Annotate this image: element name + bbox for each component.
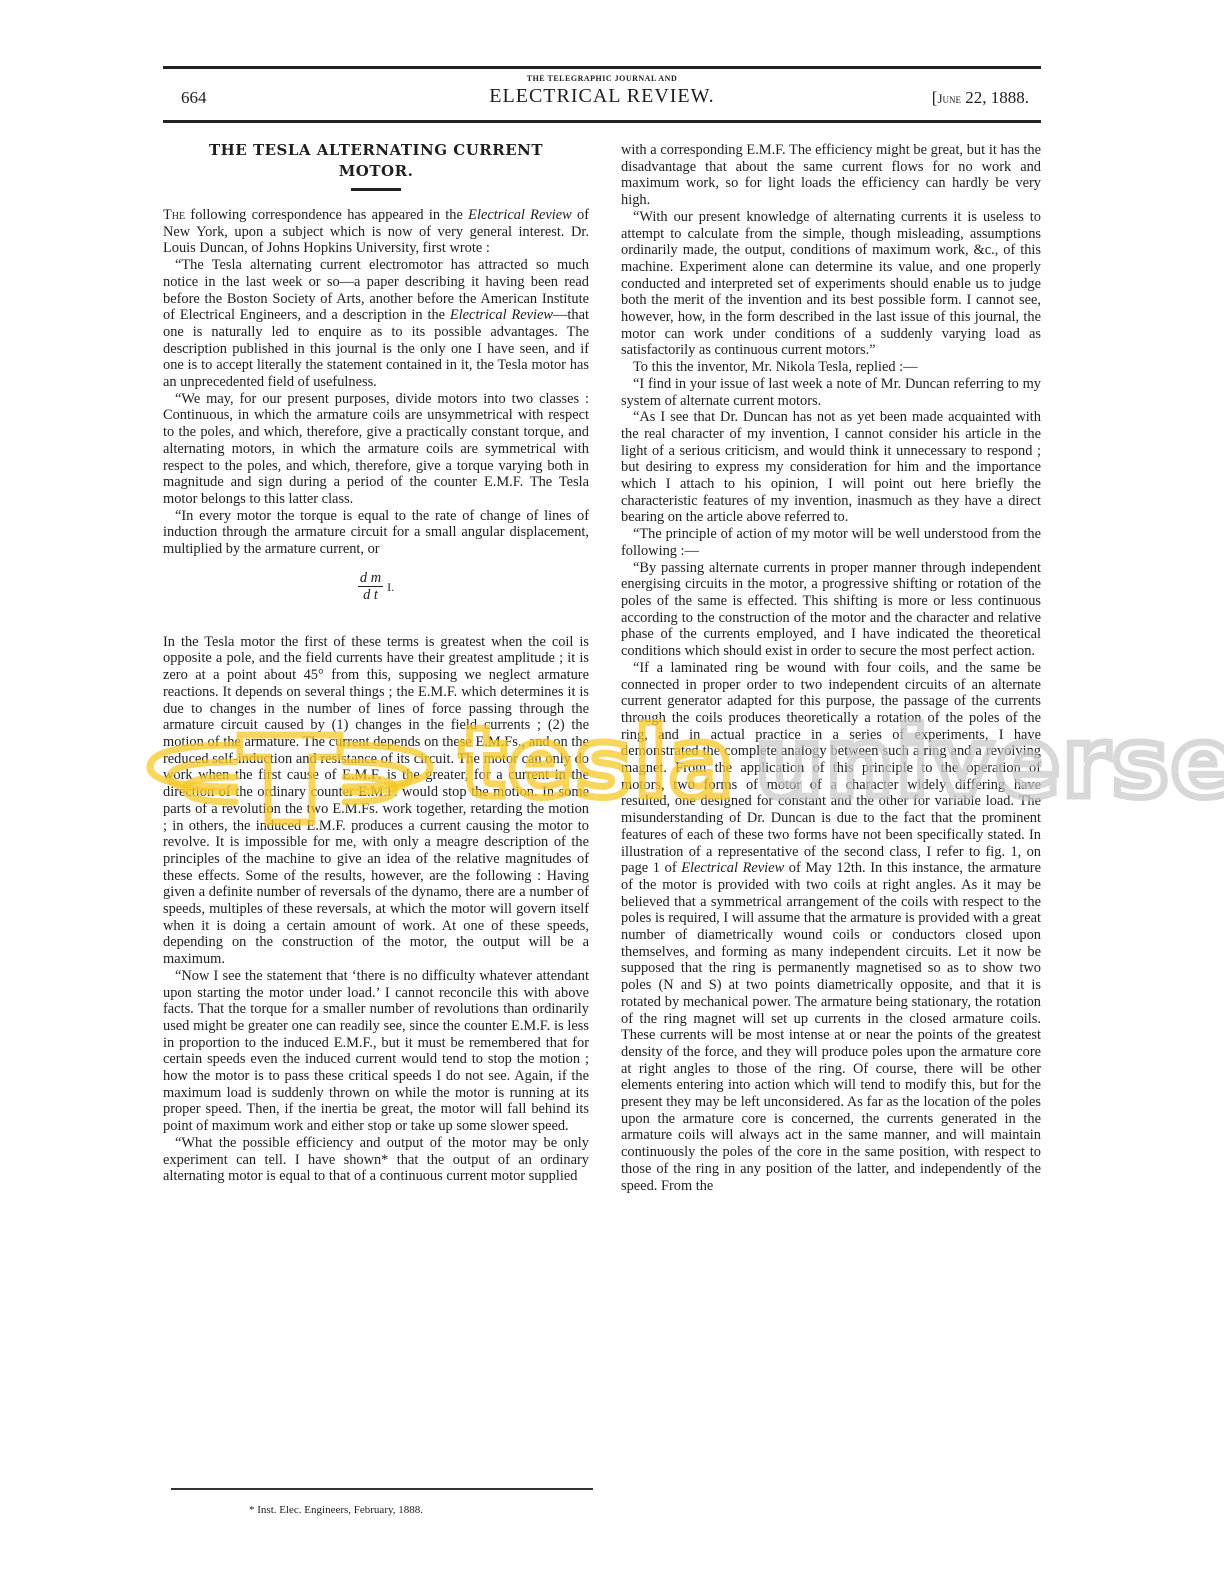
- paragraph: “The Tesla alternating current electromo…: [163, 257, 589, 391]
- footnote-divider: [171, 1488, 593, 1490]
- paragraph: “If a laminated ring be wound with four …: [621, 660, 1041, 1195]
- page-header: 664 THE TELEGRAPHIC JOURNAL AND ELECTRIC…: [163, 74, 1041, 118]
- paragraph: “With our present knowledge of alternati…: [621, 209, 1041, 359]
- masthead-title: ELECTRICAL REVIEW.: [163, 85, 1041, 108]
- header-bottom-rule: [163, 120, 1041, 123]
- publication-name: Electrical Review: [450, 307, 553, 323]
- fraction-denominator: d t: [358, 587, 383, 604]
- text: of May 12th. In this instance, the armat…: [621, 860, 1041, 1193]
- issue-date: [June 22, 1888.: [932, 88, 1029, 108]
- paragraph: “We may, for our present purposes, divid…: [163, 391, 589, 508]
- paragraph: “As I see that Dr. Duncan has not as yet…: [621, 409, 1041, 526]
- formula: d m d t I.: [163, 570, 589, 608]
- paragraph: To this the inventor, Mr. Nikola Tesla, …: [621, 359, 1041, 376]
- article-title: THE TESLA ALTERNATING CURRENT MOTOR.: [163, 140, 589, 182]
- title-divider: [351, 188, 401, 191]
- fraction: d m d t: [358, 570, 383, 604]
- paragraph: In the Tesla motor the first of these te…: [163, 634, 589, 968]
- text: “If a laminated ring be wound with four …: [621, 660, 1041, 876]
- date-month: June: [937, 91, 961, 106]
- paragraph: The following correspondence has appeare…: [163, 207, 589, 257]
- masthead-subtitle: THE TELEGRAPHIC JOURNAL AND: [163, 74, 1041, 83]
- paragraph: “The principle of action of my motor wil…: [621, 526, 1041, 559]
- footnote: * Inst. Elec. Engineers, February, 1888.: [249, 1504, 423, 1516]
- paragraph: “Now I see the statement that ‘there is …: [163, 968, 589, 1135]
- masthead: THE TELEGRAPHIC JOURNAL AND ELECTRICAL R…: [163, 74, 1041, 108]
- left-column: THE TESLA ALTERNATING CURRENT MOTOR. The…: [163, 140, 589, 1185]
- paragraph: “In every motor the torque is equal to t…: [163, 508, 589, 558]
- title-line-1: THE TESLA ALTERNATING CURRENT: [163, 140, 589, 161]
- paragraph: “I find in your issue of last week a not…: [621, 376, 1041, 409]
- paragraph: “What the possible efficiency and output…: [163, 1135, 589, 1185]
- text: following correspondence has appeared in…: [185, 207, 468, 223]
- fraction-numerator: d m: [358, 570, 383, 588]
- paragraph: with a corresponding E.M.F. The efficien…: [621, 142, 1041, 209]
- publication-name: Electrical Review: [681, 860, 784, 876]
- title-line-2: MOTOR.: [163, 161, 589, 182]
- right-column: with a corresponding E.M.F. The efficien…: [621, 142, 1041, 1194]
- drop-lead: The: [163, 207, 185, 223]
- publication-name: Electrical Review: [468, 207, 572, 223]
- formula-multiplier: I.: [387, 580, 394, 594]
- date-rest: 22, 1888.: [961, 88, 1029, 107]
- header-top-rule: [163, 66, 1041, 69]
- paragraph: “By passing alternate currents in proper…: [621, 560, 1041, 660]
